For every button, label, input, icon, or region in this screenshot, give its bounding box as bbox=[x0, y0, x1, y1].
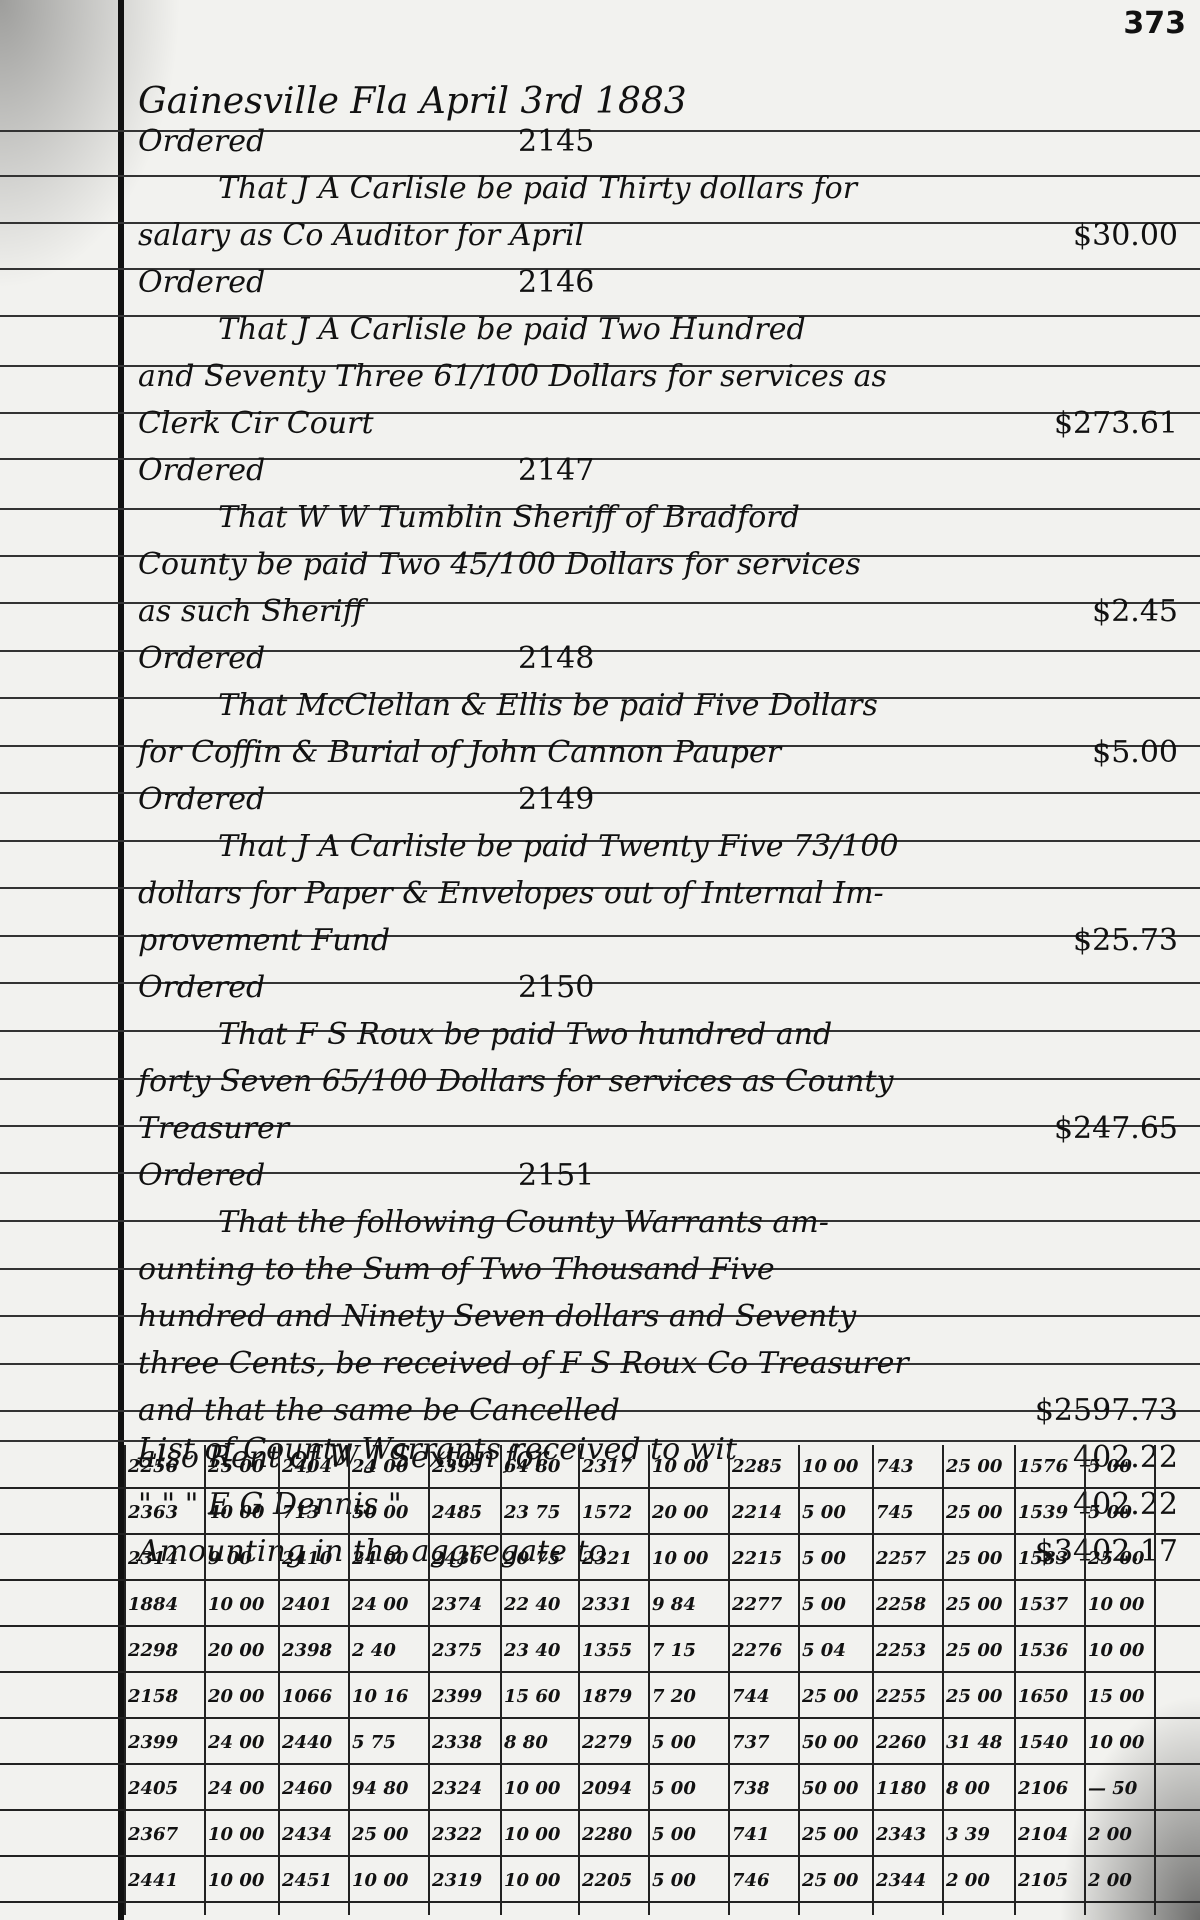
order-number: 2147 bbox=[518, 451, 594, 491]
heading-text: Gainesville Fla April 3rd 1883 bbox=[138, 82, 687, 122]
order-text-line: That J A Carlisle be paid Twenty Five 73… bbox=[138, 827, 1178, 867]
warrant-number-cell: 2322 bbox=[430, 1815, 482, 1855]
warrant-amount-cell: 2 00 bbox=[944, 1861, 990, 1901]
warrant-amount-cell: 10 00 bbox=[502, 1769, 560, 1809]
order-text-line: for Coffin & Burial of John Cannon Paupe… bbox=[138, 733, 1178, 773]
ordered-label: Ordered bbox=[138, 780, 265, 820]
order-text-line: and that the same be Cancelled$2597.73 bbox=[138, 1391, 1178, 1431]
warrant-number-cell: 2158 bbox=[126, 1677, 178, 1717]
warrant-amount-cell: 10 00 bbox=[502, 1861, 560, 1901]
warrant-amount-cell: 5 00 bbox=[650, 1769, 696, 1809]
warrant-amount-cell: 10 00 bbox=[650, 1539, 708, 1579]
warrant-number-cell: 745 bbox=[874, 1493, 914, 1533]
warrant-amount-cell: 25 00 bbox=[944, 1631, 1002, 1671]
order-text: salary as Co Auditor for April bbox=[138, 216, 584, 256]
order-number: 2146 bbox=[518, 263, 594, 303]
warrant-amount-cell: 40 00 bbox=[206, 1493, 264, 1533]
warrant-amount-cell: 5 00 bbox=[1086, 1493, 1132, 1533]
warrant-number-cell: 741 bbox=[730, 1815, 770, 1855]
warrant-amount-cell: 20 75 bbox=[502, 1539, 560, 1579]
warrant-number-cell: 2317 bbox=[580, 1447, 632, 1487]
table-row: 23149 00241024 00243620 75232110 0022155… bbox=[124, 1539, 1184, 1579]
order-amount: $25.73 bbox=[1073, 921, 1178, 961]
warrant-amount-cell: 64 80 bbox=[502, 1447, 560, 1487]
order-text-line: ounting to the Sum of Two Thousand Five bbox=[138, 1250, 1178, 1290]
warrant-amount-cell: 10 00 bbox=[650, 1447, 708, 1487]
warrant-number-cell: 1536 bbox=[1016, 1631, 1068, 1671]
order-text: That W W Tumblin Sheriff of Bradford bbox=[218, 498, 800, 538]
warrant-amount-cell: 8 00 bbox=[944, 1769, 990, 1809]
warrant-number-cell: 2214 bbox=[730, 1493, 782, 1533]
warrant-amount-cell: 25 00 bbox=[206, 1447, 264, 1487]
warrant-number-cell: 2253 bbox=[874, 1631, 926, 1671]
order-header: Ordered2147 bbox=[138, 451, 1178, 491]
warrant-amount-cell: 23 75 bbox=[502, 1493, 560, 1533]
warrant-number-cell: 2395 bbox=[430, 1447, 482, 1487]
warrant-amount-cell: 8 80 bbox=[502, 1723, 548, 1763]
warrant-amount-cell: 94 80 bbox=[350, 1769, 408, 1809]
warrant-amount-cell: 5 00 bbox=[650, 1861, 696, 1901]
order-text: That J A Carlisle be paid Thirty dollars… bbox=[218, 169, 857, 209]
warrant-number-cell: 2298 bbox=[126, 1631, 178, 1671]
warrant-number-cell: 737 bbox=[730, 1723, 770, 1763]
warrant-amount-cell: 25 00 bbox=[800, 1861, 858, 1901]
order-text-line: salary as Co Auditor for April$30.00 bbox=[138, 216, 1178, 256]
warrant-number-cell: 1879 bbox=[580, 1677, 632, 1717]
warrant-amount-cell: 50 00 bbox=[350, 1493, 408, 1533]
order-text-line: and Seventy Three 61/100 Dollars for ser… bbox=[138, 357, 1178, 397]
table-row: 240524 00246094 80232410 0020945 0073850… bbox=[124, 1769, 1184, 1809]
warrant-number-cell: 2277 bbox=[730, 1585, 782, 1625]
order-text: for Coffin & Burial of John Cannon Paupe… bbox=[138, 733, 781, 773]
order-amount: $5.00 bbox=[1092, 733, 1178, 773]
warrant-amount-cell: 7 15 bbox=[650, 1631, 696, 1671]
warrant-amount-cell: 10 00 bbox=[1086, 1585, 1144, 1625]
warrant-number-cell: 2399 bbox=[126, 1723, 178, 1763]
order-text: That F S Roux be paid Two hundred and bbox=[218, 1015, 832, 1055]
warrant-number-cell: 2205 bbox=[580, 1861, 632, 1901]
order-text-line: three Cents, be received of F S Roux Co … bbox=[138, 1344, 1178, 1384]
warrant-amount-cell: 31 48 bbox=[944, 1723, 1002, 1763]
warrant-number-cell: 2398 bbox=[280, 1631, 332, 1671]
table-row-rule bbox=[0, 1533, 1200, 1535]
table-row: 215820 00106610 16239915 6018797 2074425… bbox=[124, 1677, 1184, 1717]
warrant-number-cell: 746 bbox=[730, 1861, 770, 1901]
warrant-amount-cell: 7 20 bbox=[650, 1677, 696, 1717]
ordered-label: Ordered bbox=[138, 639, 265, 679]
warrant-number-cell: 2401 bbox=[280, 1585, 332, 1625]
warrant-number-cell: 2324 bbox=[430, 1769, 482, 1809]
order-text-line: forty Seven 65/100 Dollars for services … bbox=[138, 1062, 1178, 1102]
order-text-line: as such Sheriff$2.45 bbox=[138, 592, 1178, 632]
order-amount: $2.45 bbox=[1092, 592, 1178, 632]
warrant-amount-cell: 5 00 bbox=[800, 1585, 846, 1625]
warrant-amount-cell: 25 00 bbox=[1086, 1539, 1144, 1579]
warrant-amount-cell: 24 00 bbox=[350, 1447, 408, 1487]
table-row-rule bbox=[0, 1901, 1200, 1903]
ordered-label: Ordered bbox=[138, 263, 265, 303]
order-text: Clerk Cir Court bbox=[138, 404, 374, 444]
warrant-number-cell: 2285 bbox=[730, 1447, 782, 1487]
order-text: That the following County Warrants am- bbox=[218, 1203, 829, 1243]
warrant-number-cell: 743 bbox=[874, 1447, 914, 1487]
order-header: Ordered2150 bbox=[138, 968, 1178, 1008]
order-text-line: That the following County Warrants am- bbox=[138, 1203, 1178, 1243]
warrant-number-cell: 2375 bbox=[430, 1631, 482, 1671]
order-text: That J A Carlisle be paid Two Hundred bbox=[218, 310, 806, 350]
order-header: Ordered2148 bbox=[138, 639, 1178, 679]
warrant-number-cell: 2105 bbox=[1016, 1861, 1068, 1901]
order-text: forty Seven 65/100 Dollars for services … bbox=[138, 1062, 894, 1102]
warrant-amount-cell: 10 00 bbox=[1086, 1631, 1144, 1671]
warrant-amount-cell: 25 00 bbox=[944, 1539, 1002, 1579]
warrant-amount-cell: 25 00 bbox=[944, 1585, 1002, 1625]
warrant-number-cell: 1355 bbox=[580, 1631, 632, 1671]
warrant-number-cell: 2485 bbox=[430, 1493, 482, 1533]
warrant-amount-cell: 25 00 bbox=[800, 1677, 858, 1717]
order-text: hundred and Ninety Seven dollars and Sev… bbox=[138, 1297, 856, 1337]
order-text-line: hundred and Ninety Seven dollars and Sev… bbox=[138, 1297, 1178, 1337]
order-text: three Cents, be received of F S Roux Co … bbox=[138, 1344, 909, 1384]
warrant-amount-cell: 22 40 bbox=[502, 1585, 560, 1625]
order-text: provement Fund bbox=[138, 921, 390, 961]
order-text-line: provement Fund$25.73 bbox=[138, 921, 1178, 961]
table-row: 236340 0071350 00248523 75157220 0022145… bbox=[124, 1493, 1184, 1533]
warrant-number-cell: 1066 bbox=[280, 1677, 332, 1717]
warrant-number-cell: 2363 bbox=[126, 1493, 178, 1533]
order-text-line: County be paid Two 45/100 Dollars for se… bbox=[138, 545, 1178, 585]
order-header: Ordered2146 bbox=[138, 263, 1178, 303]
warrant-number-cell: 1537 bbox=[1016, 1585, 1068, 1625]
warrant-number-cell: 1539 bbox=[1016, 1493, 1068, 1533]
ordered-label: Ordered bbox=[138, 968, 265, 1008]
warrant-amount-cell: 10 00 bbox=[206, 1815, 264, 1855]
table-row-rule bbox=[0, 1855, 1200, 1857]
warrant-amount-cell: 5 00 bbox=[650, 1723, 696, 1763]
ordered-label: Ordered bbox=[138, 451, 265, 491]
order-amount: $247.65 bbox=[1054, 1109, 1178, 1149]
warrant-amount-cell: 10 00 bbox=[350, 1861, 408, 1901]
warrant-amount-cell: 2 00 bbox=[1086, 1815, 1132, 1855]
warrant-amount-cell: 10 00 bbox=[800, 1447, 858, 1487]
warrant-amount-cell: 15 00 bbox=[1086, 1677, 1144, 1717]
order-text-line: That F S Roux be paid Two hundred and bbox=[138, 1015, 1178, 1055]
order-header: Ordered2151 bbox=[138, 1156, 1178, 1196]
table-row-rule bbox=[0, 1487, 1200, 1489]
ordered-label: Ordered bbox=[138, 122, 265, 162]
warrant-amount-cell: 15 60 bbox=[502, 1677, 560, 1717]
warrant-amount-cell: 9 84 bbox=[650, 1585, 696, 1625]
warrant-number-cell: 2260 bbox=[874, 1723, 926, 1763]
order-text: That J A Carlisle be paid Twenty Five 73… bbox=[218, 827, 899, 867]
warrant-number-cell: 2094 bbox=[580, 1769, 632, 1809]
warrant-amount-cell: 10 00 bbox=[502, 1815, 560, 1855]
order-text: as such Sheriff bbox=[138, 592, 364, 632]
warrant-amount-cell: 10 16 bbox=[350, 1677, 408, 1717]
table-row: 244110 00245110 00231910 0022055 0074625… bbox=[124, 1861, 1184, 1901]
warrant-amount-cell: 5 00 bbox=[800, 1539, 846, 1579]
warrant-amount-cell: 50 00 bbox=[800, 1723, 858, 1763]
warrant-number-cell: 2319 bbox=[430, 1861, 482, 1901]
warrant-number-cell: 2279 bbox=[580, 1723, 632, 1763]
warrant-amount-cell: 25 00 bbox=[944, 1447, 1002, 1487]
order-number: 2149 bbox=[518, 780, 594, 820]
warrant-number-cell: 2434 bbox=[280, 1815, 332, 1855]
page-number: 373 bbox=[1123, 6, 1186, 41]
warrant-number-cell: 1180 bbox=[874, 1769, 926, 1809]
warrant-amount-cell: 5 00 bbox=[800, 1493, 846, 1533]
warrant-number-cell: 2399 bbox=[430, 1677, 482, 1717]
warrant-number-cell: 2451 bbox=[280, 1861, 332, 1901]
warrant-number-cell: 2255 bbox=[874, 1677, 926, 1717]
warrant-amount-cell: 20 00 bbox=[206, 1677, 264, 1717]
warrant-amount-cell: 25 00 bbox=[944, 1677, 1002, 1717]
warrant-table: 225625 00240424 00239564 80231710 002285… bbox=[124, 1445, 1184, 1915]
warrant-amount-cell: 5 75 bbox=[350, 1723, 396, 1763]
warrant-number-cell: 2374 bbox=[430, 1585, 482, 1625]
table-row: 239924 0024405 7523388 8022795 0073750 0… bbox=[124, 1723, 1184, 1763]
warrant-number-cell: 738 bbox=[730, 1769, 770, 1809]
order-number: 2151 bbox=[518, 1156, 594, 1196]
order-text-line: That J A Carlisle be paid Two Hundred bbox=[138, 310, 1178, 350]
table-row-rule bbox=[0, 1671, 1200, 1673]
warrant-amount-cell: 10 00 bbox=[206, 1585, 264, 1625]
order-header: Ordered2145 bbox=[138, 122, 1178, 162]
warrant-amount-cell: 20 00 bbox=[650, 1493, 708, 1533]
warrant-number-cell: 2256 bbox=[126, 1447, 178, 1487]
warrant-number-cell: 2441 bbox=[126, 1861, 178, 1901]
warrant-amount-cell: 10 00 bbox=[206, 1861, 264, 1901]
order-text-line: Clerk Cir Court$273.61 bbox=[138, 404, 1178, 444]
order-header: Ordered2149 bbox=[138, 780, 1178, 820]
warrant-number-cell: 2440 bbox=[280, 1723, 332, 1763]
warrant-number-cell: 2257 bbox=[874, 1539, 926, 1579]
order-text: That McClellan & Ellis be paid Five Doll… bbox=[218, 686, 878, 726]
warrant-number-cell: 744 bbox=[730, 1677, 770, 1717]
warrant-number-cell: 2460 bbox=[280, 1769, 332, 1809]
warrant-number-cell: 1572 bbox=[580, 1493, 632, 1533]
warrant-number-cell: 1650 bbox=[1016, 1677, 1068, 1717]
warrant-amount-cell: 20 00 bbox=[206, 1631, 264, 1671]
warrant-number-cell: 2436 bbox=[430, 1539, 482, 1579]
warrant-number-cell: 2404 bbox=[280, 1447, 332, 1487]
warrant-number-cell: 2344 bbox=[874, 1861, 926, 1901]
order-text: and Seventy Three 61/100 Dollars for ser… bbox=[138, 357, 887, 397]
warrant-amount-cell: 5 04 bbox=[800, 1631, 846, 1671]
warrant-amount-cell: 24 00 bbox=[350, 1585, 408, 1625]
warrant-number-cell: 1583 bbox=[1016, 1539, 1068, 1579]
order-text: County be paid Two 45/100 Dollars for se… bbox=[138, 545, 861, 585]
order-amount: $273.61 bbox=[1054, 404, 1178, 444]
warrant-amount-cell: 23 40 bbox=[502, 1631, 560, 1671]
warrant-number-cell: 1884 bbox=[126, 1585, 178, 1625]
warrant-number-cell: 2343 bbox=[874, 1815, 926, 1855]
warrant-number-cell: 1540 bbox=[1016, 1723, 1068, 1763]
warrant-number-cell: 1576 bbox=[1016, 1447, 1068, 1487]
warrant-amount-cell: 24 00 bbox=[206, 1769, 264, 1809]
page-heading: Gainesville Fla April 3rd 1883 bbox=[138, 82, 1178, 122]
order-amount: $2597.73 bbox=[1035, 1391, 1178, 1431]
warrant-amount-cell: 25 00 bbox=[800, 1815, 858, 1855]
order-number: 2150 bbox=[518, 968, 594, 1008]
warrant-number-cell: 2258 bbox=[874, 1585, 926, 1625]
table-row-rule bbox=[0, 1763, 1200, 1765]
warrant-number-cell: 2104 bbox=[1016, 1815, 1068, 1855]
warrant-amount-cell: 24 00 bbox=[206, 1723, 264, 1763]
order-text-line: dollars for Paper & Envelopes out of Int… bbox=[138, 874, 1178, 914]
warrant-number-cell: 2106 bbox=[1016, 1769, 1068, 1809]
order-number: 2145 bbox=[518, 122, 594, 162]
warrant-amount-cell: 9 00 bbox=[206, 1539, 252, 1579]
warrant-amount-cell: 2 40 bbox=[350, 1631, 396, 1671]
table-row: 229820 0023982 40237523 4013557 1522765 … bbox=[124, 1631, 1184, 1671]
warrant-amount-cell: 2 00 bbox=[1086, 1861, 1132, 1901]
order-text-line: That McClellan & Ellis be paid Five Doll… bbox=[138, 686, 1178, 726]
warrant-number-cell: 2410 bbox=[280, 1539, 332, 1579]
table-row: 236710 00243425 00232210 0022805 0074125… bbox=[124, 1815, 1184, 1855]
warrant-amount-cell: 3 39 bbox=[944, 1815, 990, 1855]
ordered-label: Ordered bbox=[138, 1156, 265, 1196]
order-text-line: Treasurer$247.65 bbox=[138, 1109, 1178, 1149]
warrant-number-cell: 713 bbox=[280, 1493, 320, 1533]
table-row-rule bbox=[0, 1625, 1200, 1627]
warrant-amount-cell: 24 00 bbox=[350, 1539, 408, 1579]
warrant-amount-cell: 25 00 bbox=[944, 1493, 1002, 1533]
warrant-number-cell: 2276 bbox=[730, 1631, 782, 1671]
warrant-number-cell: 2215 bbox=[730, 1539, 782, 1579]
table-row-rule bbox=[0, 1717, 1200, 1719]
warrant-number-cell: 2405 bbox=[126, 1769, 178, 1809]
ledger-page: 373 Gainesville Fla April 3rd 1883 Order… bbox=[0, 0, 1200, 1920]
warrant-number-cell: 2338 bbox=[430, 1723, 482, 1763]
order-amount: $30.00 bbox=[1073, 216, 1178, 256]
warrant-amount-cell: 5 00 bbox=[1086, 1447, 1132, 1487]
order-text: ounting to the Sum of Two Thousand Five bbox=[138, 1250, 775, 1290]
order-text: and that the same be Cancelled bbox=[138, 1391, 620, 1431]
order-number: 2148 bbox=[518, 639, 594, 679]
warrant-amount-cell: 5 00 bbox=[650, 1815, 696, 1855]
table-row-rule bbox=[0, 1809, 1200, 1811]
order-text: Treasurer bbox=[138, 1109, 289, 1149]
table-row: 188410 00240124 00237422 4023319 8422775… bbox=[124, 1585, 1184, 1625]
table-row-rule bbox=[0, 1579, 1200, 1581]
warrant-number-cell: 2331 bbox=[580, 1585, 632, 1625]
table-row: 225625 00240424 00239564 80231710 002285… bbox=[124, 1447, 1184, 1487]
warrant-amount-cell: 10 00 bbox=[1086, 1723, 1144, 1763]
order-text: dollars for Paper & Envelopes out of Int… bbox=[138, 874, 884, 914]
warrant-amount-cell: — 50 bbox=[1086, 1769, 1137, 1809]
warrant-number-cell: 2367 bbox=[126, 1815, 178, 1855]
warrant-number-cell: 2314 bbox=[126, 1539, 178, 1579]
warrant-number-cell: 2280 bbox=[580, 1815, 632, 1855]
order-text-line: That W W Tumblin Sheriff of Bradford bbox=[138, 498, 1178, 538]
warrant-number-cell: 2321 bbox=[580, 1539, 632, 1579]
order-text-line: That J A Carlisle be paid Thirty dollars… bbox=[138, 169, 1178, 209]
warrant-amount-cell: 50 00 bbox=[800, 1769, 858, 1809]
warrant-amount-cell: 25 00 bbox=[350, 1815, 408, 1855]
